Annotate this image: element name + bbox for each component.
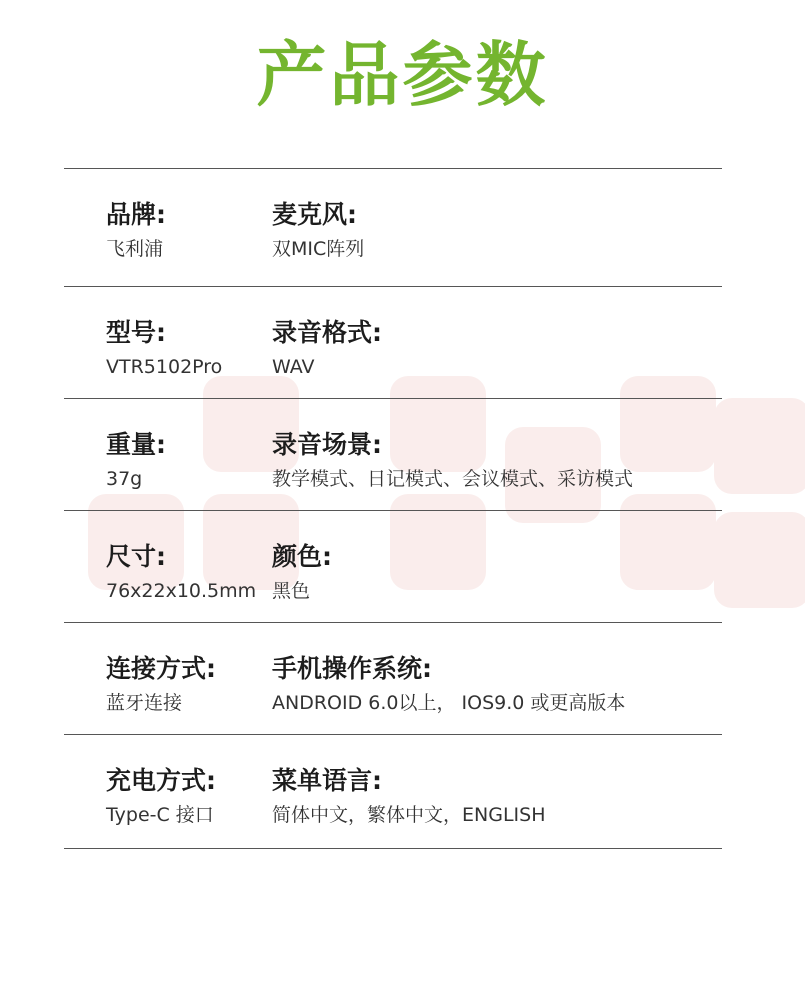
spec-label-model: 型号: — [106, 317, 222, 349]
spec-value-microphone: 双MIC阵列 — [272, 237, 364, 262]
spec-value-menu-language: 简体中文，繁体中文，ENGLISH — [272, 803, 545, 828]
spec-value-color: 黑色 — [272, 579, 332, 604]
spec-cell-recording-scenes: 录音场景: 教学模式、日记模式、会议模式、采访模式 — [272, 399, 633, 492]
spec-row-weight-scenes: 重量: 37g 录音场景: 教学模式、日记模式、会议模式、采访模式 — [64, 398, 722, 510]
page-title: 产品参数 — [0, 0, 805, 114]
spec-label-dimensions: 尺寸: — [106, 541, 256, 573]
spec-cell-brand: 品牌: 飞利浦 — [106, 169, 166, 262]
spec-value-phone-os: ANDROID 6.0以上， IOS9.0 或更高版本 — [272, 691, 625, 716]
spec-value-dimensions: 76x22x10.5mm — [106, 579, 256, 604]
spec-label-color: 颜色: — [272, 541, 332, 573]
spec-label-charging: 充电方式: — [106, 765, 216, 797]
spec-value-weight: 37g — [106, 467, 166, 492]
spec-cell-charging: 充电方式: Type-C 接口 — [106, 735, 216, 828]
decor-square — [714, 398, 805, 494]
spec-cell-recording-format: 录音格式: WAV — [272, 287, 382, 380]
spec-cell-color: 颜色: 黑色 — [272, 511, 332, 604]
spec-label-microphone: 麦克风: — [272, 199, 364, 231]
decor-square — [714, 512, 805, 608]
spec-table: 品牌: 飞利浦 麦克风: 双MIC阵列 型号: VTR5102Pro 录音格式:… — [64, 168, 722, 849]
spec-cell-dimensions: 尺寸: 76x22x10.5mm — [106, 511, 256, 604]
spec-label-recording-scenes: 录音场景: — [272, 429, 633, 461]
spec-label-connection: 连接方式: — [106, 653, 216, 685]
spec-cell-model: 型号: VTR5102Pro — [106, 287, 222, 380]
spec-cell-weight: 重量: 37g — [106, 399, 166, 492]
spec-value-connection: 蓝牙连接 — [106, 691, 216, 716]
spec-label-phone-os: 手机操作系统: — [272, 653, 625, 685]
spec-value-model: VTR5102Pro — [106, 355, 222, 380]
spec-row-model-format: 型号: VTR5102Pro 录音格式: WAV — [64, 286, 722, 398]
spec-cell-microphone: 麦克风: 双MIC阵列 — [272, 169, 364, 262]
spec-value-recording-scenes: 教学模式、日记模式、会议模式、采访模式 — [272, 467, 633, 492]
spec-label-menu-language: 菜单语言: — [272, 765, 545, 797]
spec-cell-menu-language: 菜单语言: 简体中文，繁体中文，ENGLISH — [272, 735, 545, 828]
spec-row-size-color: 尺寸: 76x22x10.5mm 颜色: 黑色 — [64, 510, 722, 622]
spec-cell-connection: 连接方式: 蓝牙连接 — [106, 623, 216, 716]
spec-row-brand-mic: 品牌: 飞利浦 麦克风: 双MIC阵列 — [64, 168, 722, 286]
product-spec-sheet: 产品参数 品牌: 飞利浦 麦克风: 双MIC阵列 型号: VTR5102Pro … — [0, 0, 805, 995]
spec-row-connection-os: 连接方式: 蓝牙连接 手机操作系统: ANDROID 6.0以上， IOS9.0… — [64, 622, 722, 734]
spec-value-charging: Type-C 接口 — [106, 803, 216, 828]
spec-label-weight: 重量: — [106, 429, 166, 461]
spec-row-charging-language: 充电方式: Type-C 接口 菜单语言: 简体中文，繁体中文，ENGLISH — [64, 734, 722, 849]
spec-label-recording-format: 录音格式: — [272, 317, 382, 349]
spec-cell-phone-os: 手机操作系统: ANDROID 6.0以上， IOS9.0 或更高版本 — [272, 623, 625, 716]
spec-value-recording-format: WAV — [272, 355, 382, 380]
spec-label-brand: 品牌: — [106, 199, 166, 231]
spec-value-brand: 飞利浦 — [106, 237, 166, 262]
